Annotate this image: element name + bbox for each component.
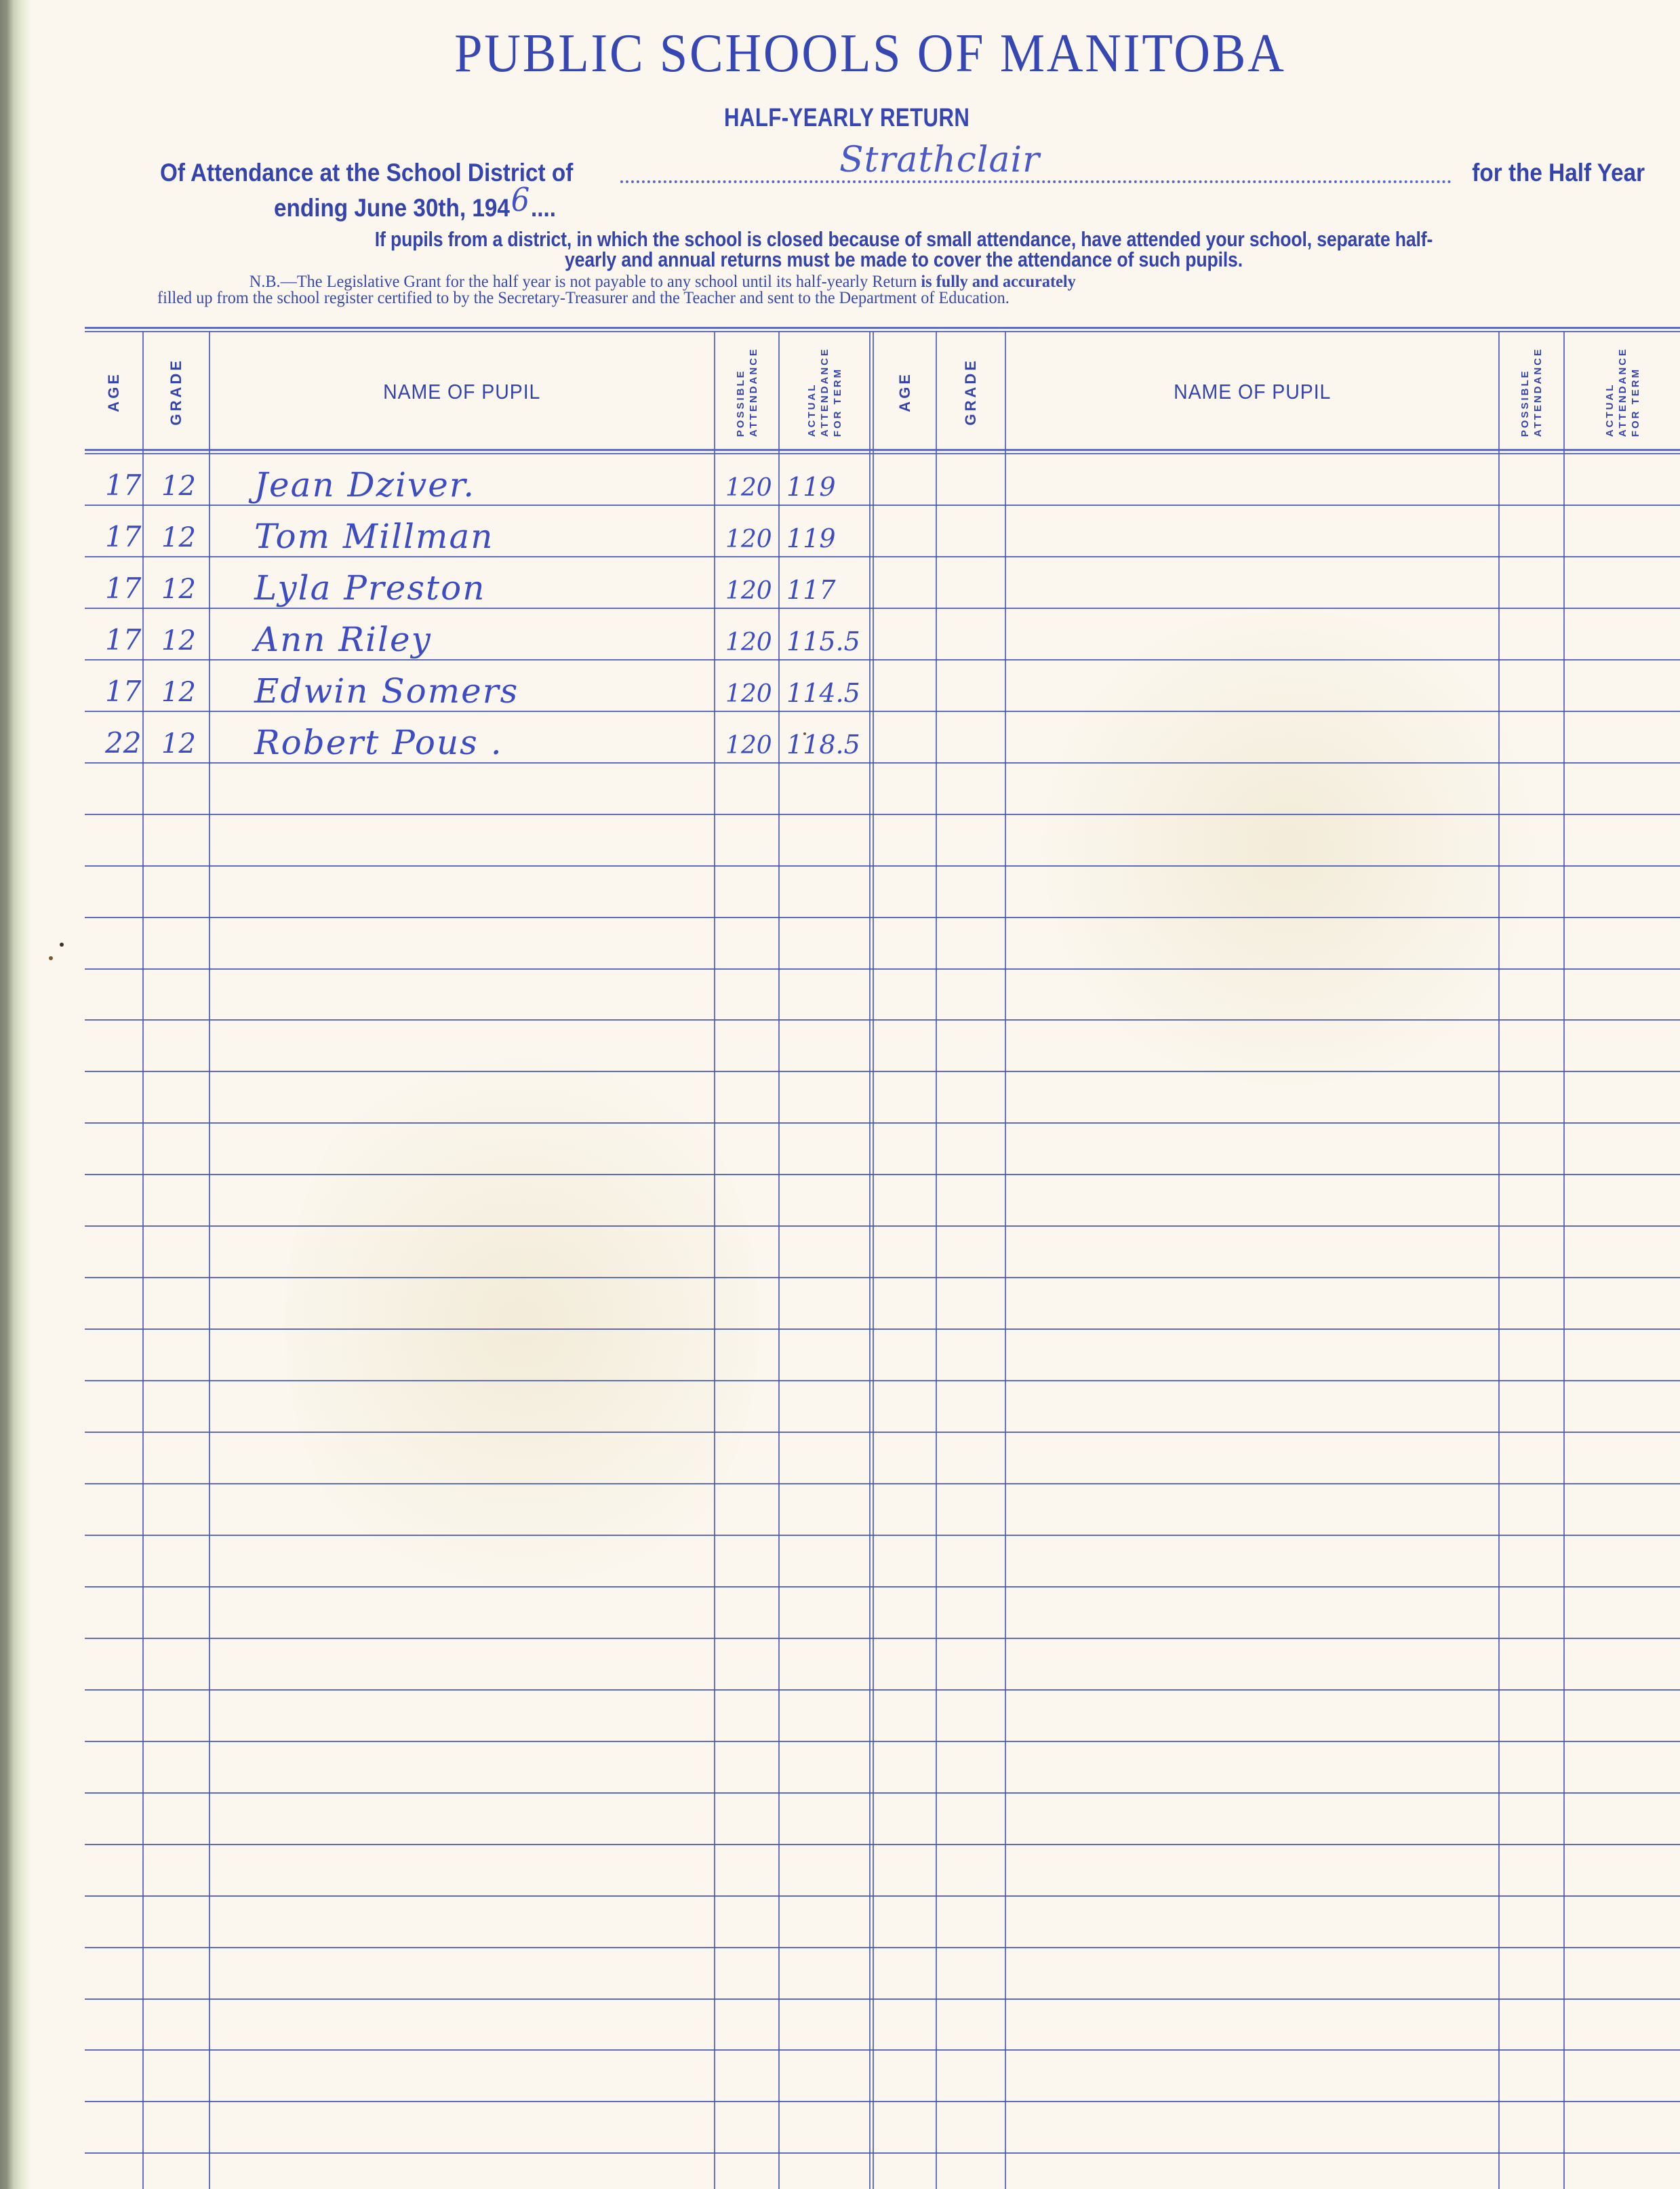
age-cell: 22 [105,726,141,760]
row-rule [85,1122,1680,1124]
col-divider-possible-actual-right [1563,331,1565,2189]
row-rule [85,1380,1680,1381]
attendance-table: AGE GRADE NAME OF PUPIL POSSIBLE ATTENDA… [85,327,1680,2189]
possible-attendance-cell: 120 [725,680,772,708]
header-actual-attendance: ACTUAL ATTENDANCE FOR TERM [780,332,869,452]
row-rule [85,1792,1680,1794]
row-rule [85,1998,1680,2000]
table-row: 1712Lyla Preston120117 [85,556,871,608]
pupil-name-cell: Jean Dziver. [254,465,475,505]
row-rule [85,1483,1680,1484]
header-top-rule [85,327,1680,329]
table-row: 2212Robert Pous .120118.5 [85,711,871,762]
actual-attendance-cell: 115.5 [786,627,860,656]
pupil-name-cell: Robert Pous . [254,723,503,762]
age-cell: 17 [105,675,141,708]
table-row: 1712Ann Riley120115.5 [85,608,871,659]
row-rule [85,1689,1680,1691]
ending-line: ending June 30th, 1946.... [274,186,556,224]
header-grade-right: GRADE [937,332,1005,452]
table-row: 1712Jean Dziver.120119 [85,453,871,505]
possible-attendance-cell: 120 [725,629,772,656]
row-rule [85,865,1680,867]
row-rule [85,2049,1680,2051]
header-possible-attendance-right: POSSIBLE ATTENDANCE [1500,332,1563,452]
row-rule [85,1277,1680,1278]
pupil-name-cell: Ann Riley [254,620,432,659]
actual-attendance-cell: 119 [786,472,836,502]
pupil-name-cell: Edwin Somers [254,671,519,711]
row-rule [85,1225,1680,1227]
table-row: 1712Tom Millman120119 [85,505,871,556]
col-divider-name-possible-right [1498,331,1500,2189]
col-divider-age-grade-right [936,331,937,2189]
header-name-of-pupil-right: NAME OF PUPIL [1006,332,1498,452]
grade-cell: 12 [161,728,196,760]
grade-cell: 12 [161,677,196,708]
age-cell: 17 [105,469,141,502]
row-rule [85,1535,1680,1536]
district-name-handwritten: Strathclair [839,140,1040,180]
row-rule [85,1947,1680,1948]
age-cell: 17 [105,623,141,656]
possible-attendance-cell: 120 [725,732,772,760]
pupil-name-cell: Tom Millman [254,517,494,556]
year-digit-handwritten[interactable]: 6 [511,181,529,219]
pupil-name-cell: Lyla Preston [254,568,485,608]
nb-line-1: N.B.—The Legislative Grant for the half … [157,274,1604,290]
age-cell: 17 [105,572,141,605]
possible-attendance-cell: 120 [725,474,772,502]
age-cell: 17 [105,520,141,553]
row-rule [85,1328,1680,1330]
separate-returns-notice: If pupils from a district, in which the … [155,229,1653,270]
header-actual-attendance-right: ACTUAL ATTENDANCE FOR TERM [1565,332,1680,452]
form-subtitle: HALF-YEARLY RETURN [724,104,969,133]
header-age: AGE [85,332,142,452]
grade-cell: 12 [161,625,196,656]
grade-cell: 12 [161,522,196,553]
col-divider-grade-name-right [1005,331,1006,2189]
actual-attendance-cell: 114.5 [786,678,860,708]
ending-prefix: ending June 30th, 194 [274,194,510,222]
header-grade: GRADE [144,332,209,452]
paper-speck [49,956,53,960]
row-rule [85,1895,1680,1897]
grade-cell: 12 [161,471,196,502]
notice-line-1: If pupils from a district, in which the … [260,229,1548,250]
paper-speck [60,943,64,947]
row-rule [85,1586,1680,1587]
nb-line-2: filled up from the school register certi… [157,290,1604,307]
row-rule [85,1174,1680,1175]
row-rule [85,968,1680,970]
row-rule [85,2152,1680,2154]
row-rule [85,917,1680,918]
notice-line-2: yearly and annual returns must be made t… [260,250,1548,270]
row-rule [85,1844,1680,1845]
ending-suffix: .... [531,194,556,222]
row-rule [85,1432,1680,1433]
actual-attendance-cell: 117 [786,575,836,605]
legislative-grant-note: N.B.—The Legislative Grant for the half … [157,274,1649,307]
paper-left-edge [0,0,31,2189]
section-divider-right [873,331,874,2189]
header-possible-attendance: POSSIBLE ATTENDANCE [715,332,778,452]
actual-attendance-cell: 118.5 [786,730,860,760]
row-rule [85,762,1680,764]
actual-attendance-cell: 119 [786,524,836,553]
row-rule [85,814,1680,815]
form-title: PUBLIC SCHOOLS OF MANITOBA [0,23,1680,85]
table-row: 1712Edwin Somers120114.5 [85,659,871,711]
row-rule [85,2101,1680,2102]
row-rule [85,1071,1680,1072]
row-rule [85,1638,1680,1639]
header-name-of-pupil: NAME OF PUPIL [210,332,714,452]
grade-cell: 12 [161,574,196,605]
header-age-right: AGE [874,332,936,452]
possible-attendance-cell: 120 [725,526,772,553]
attendance-suffix: for the Half Year [1472,159,1645,187]
row-rule [85,1019,1680,1021]
row-rule [85,1741,1680,1742]
possible-attendance-cell: 120 [725,577,772,605]
